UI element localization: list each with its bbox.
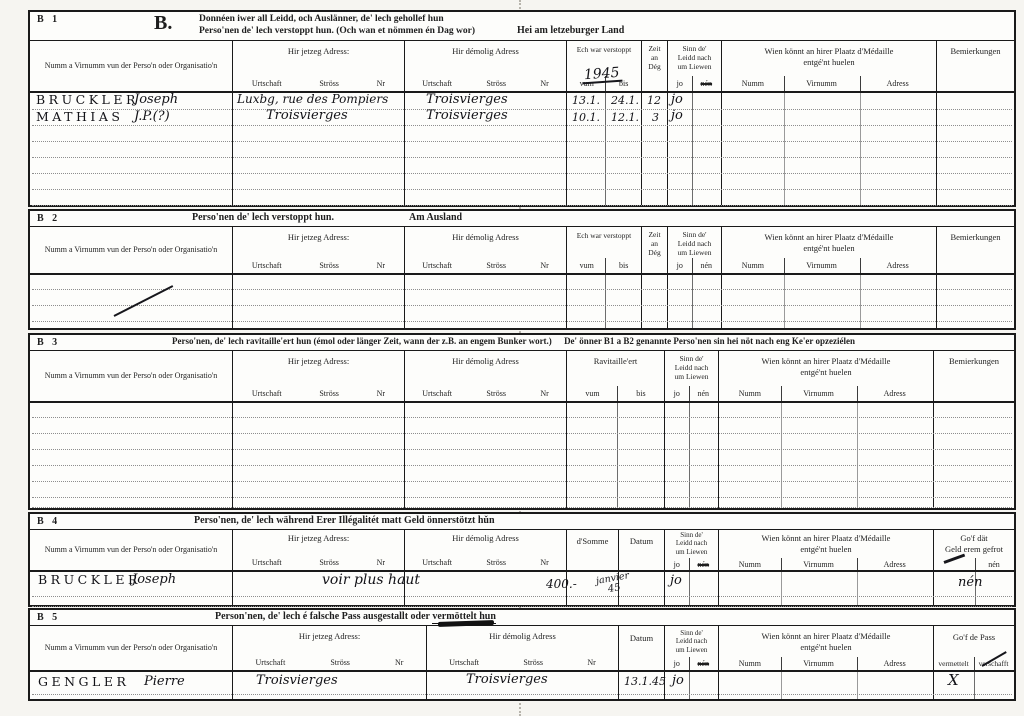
entry-former-address: Troisvierges <box>426 93 508 106</box>
col-alive: Sinn de' Leidd nach um Liewen jo nén <box>668 227 722 273</box>
col-date: Datum <box>619 530 665 570</box>
divider-line <box>784 76 785 91</box>
rule-line <box>32 507 1012 508</box>
rule-line <box>32 481 1012 482</box>
money-returned-label-2: Geld erem gefrot <box>934 544 1014 555</box>
grid-cell <box>665 403 719 508</box>
col-money-returned: Go'f dät Geld erem gefrot nén <box>934 530 1014 570</box>
nr-label: Nr <box>395 658 403 667</box>
jo-label: jo <box>665 560 689 569</box>
stross-label: Ströss <box>319 558 339 567</box>
jo-label: jo <box>665 389 689 398</box>
medal-label-2: entgé'nt huelen <box>719 642 933 653</box>
col-supplied-period: Ravitaille'ert vum bis <box>567 351 665 401</box>
col-current-address: Hir jetzeg Adress: Urtschaft Ströss Nr <box>233 626 427 670</box>
b3-title-row: B 3 Perso'nen, de' lech ravitaille'ert h… <box>30 335 1014 351</box>
section-id: B 5 <box>37 612 60 623</box>
b1-location-label: Hei am letzeburger Land <box>517 25 624 36</box>
b4-title: Perso'nen, de' lech während Erer Illégal… <box>194 515 495 526</box>
col-remarks: Bemierkungen <box>934 351 1014 401</box>
b1-body: BRUCKLER Joseph Luxbg, rue des Pompiers … <box>30 93 1014 205</box>
divider-line <box>781 572 782 605</box>
col-name: Numm a Virnumm vun der Perso'n oder Orga… <box>30 530 233 570</box>
medal-label-2: entgé'nt huelen <box>722 57 936 68</box>
rule-line <box>32 205 1012 206</box>
section-b5: B 5 Person'nen, de' lech é falsche Pass … <box>28 608 1016 701</box>
col-former-address: Hir démolig Adress Urtschaft Ströss Nr <box>405 227 567 273</box>
alive-label-2: Leidd nach <box>665 637 718 645</box>
divider-line <box>860 258 861 273</box>
urtschaft-label: Urtschaft <box>422 389 452 398</box>
b4-title-row: B 4 Perso'nen, de' lech während Erer Ill… <box>30 514 1014 530</box>
rule-line <box>32 141 1012 142</box>
b1-title-row: B 1 B. Donnéen iwer all Leidd, och Auslä… <box>30 12 1014 41</box>
divider-line <box>857 657 858 670</box>
rule-line <box>32 417 1012 418</box>
former-address-label: Hir démolig Adress <box>405 533 566 544</box>
virnumm-label: Virnumm <box>781 659 857 668</box>
divider-line <box>617 386 618 401</box>
col-name: Numm a Virnumm vun der Perso'n oder Orga… <box>30 41 233 91</box>
alive-label-3: um Liewen <box>665 548 718 556</box>
amount-label: d'Somme <box>567 536 618 547</box>
entry-date: 13.1.45 <box>624 676 666 687</box>
col-current-address: Hir jetzeg Adress: Urtschaft Ströss Nr <box>233 227 405 273</box>
b2-title: Perso'nen de' lech verstoppt hun. <box>192 212 334 223</box>
section-b2: B 2 Perso'nen de' lech verstoppt hun. Am… <box>28 209 1016 330</box>
divider-line <box>857 572 858 605</box>
rule-line <box>32 173 1012 174</box>
divider-line <box>860 76 861 91</box>
alive-label-3: um Liewen <box>665 372 718 381</box>
grid-cell <box>405 403 567 508</box>
col-alive: Sinn de' Leidd nach um Liewen jo nén <box>665 626 719 670</box>
divider-line <box>689 657 690 670</box>
col-amount: d'Somme <box>567 530 619 570</box>
deg-label: Dég <box>642 62 667 71</box>
former-address-label: Hir démolig Adress <box>427 631 618 642</box>
medal-label-1: Wien könnt an hirer Plaatz d'Médaille <box>719 533 933 544</box>
b1-title-line1: Donnéen iwer all Leidd, och Auslänner, d… <box>199 14 444 24</box>
entry-alive: jo <box>671 93 683 106</box>
rule-line <box>32 305 1012 306</box>
entry-former-address: Troisvierges <box>426 109 508 122</box>
virnumm-label: Virnumm <box>781 389 857 398</box>
entry-surname: BRUCKLER <box>38 574 141 587</box>
adress-label: Adress <box>859 261 936 270</box>
col-remarks: Bemierkungen <box>937 227 1014 273</box>
vum-label: vum <box>585 389 599 398</box>
entry-current-address: Troisvierges <box>266 109 348 122</box>
entry-given-name: Pierre <box>144 675 185 688</box>
rule-line <box>32 596 1012 597</box>
b2-title-row: B 2 Perso'nen de' lech verstoppt hun. Am… <box>30 211 1014 227</box>
col-name: Numm a Virnumm vun der Perso'n oder Orga… <box>30 351 233 401</box>
col-alive: Sinn de' Leidd nach um Liewen jo nén <box>665 351 719 401</box>
grid-cell <box>405 572 567 605</box>
jo-slash-cell <box>934 560 974 569</box>
entry-alive: jo <box>670 574 682 587</box>
alive-label-1: Sinn de' <box>665 354 718 363</box>
nr-label: Nr <box>377 79 385 88</box>
stross-label: Ströss <box>486 558 506 567</box>
an-label: an <box>642 239 667 248</box>
rule-line <box>32 497 1012 498</box>
col-former-address: Hir démolig Adress Urtschaft Ströss Nr <box>405 530 567 570</box>
col-name-label: Numm a Virnumm vun der Perso'n oder Orga… <box>30 530 232 570</box>
alive-label-1: Sinn de' <box>668 230 721 239</box>
col-former-address: Hir démolig Adress Urtschaft Ströss Nr <box>405 41 567 91</box>
virnumm-label: Virnumm <box>781 560 857 569</box>
grid-cell <box>719 403 934 508</box>
divider-line <box>784 258 785 273</box>
entry-surname: MATHIAS <box>36 111 123 124</box>
divider-line <box>689 572 690 605</box>
b1-column-headers: Numm a Virnumm vun der Perso'n oder Orga… <box>30 41 1014 93</box>
col-medal-recipient: Wien könnt an hirer Plaatz d'Médaille en… <box>719 626 934 670</box>
former-address-label: Hir démolig Adress <box>405 356 566 367</box>
b3-title-note: De' önner B1 a B2 genannte Perso'nen sin… <box>564 336 855 346</box>
divider-line <box>781 403 782 508</box>
handwritten-year: 1945 <box>581 66 622 85</box>
current-address-label: Hir jetzeg Adress: <box>233 46 404 57</box>
entry-given-name: Joseph <box>134 93 178 106</box>
col-name: Numm a Virnumm vun der Perso'n oder Orga… <box>30 227 233 273</box>
section-id: B 2 <box>37 213 60 224</box>
stross-label: Ströss <box>523 658 543 667</box>
urtschaft-label: Urtschaft <box>422 79 452 88</box>
col-days: Zeit an Dég <box>642 41 668 91</box>
b5-title-row: B 5 Person'nen, de' lech é falsche Pass … <box>30 610 1014 626</box>
b1-title-line2: Perso'nen de' lech verstoppt hun. (Och w… <box>199 26 475 36</box>
nen-label-struck: nén <box>689 560 718 569</box>
adress-label: Adress <box>856 659 933 668</box>
section-id: B 1 <box>37 14 60 25</box>
entry-given-name: Joseph <box>132 573 176 586</box>
money-returned-label-1: Go'f dät <box>934 533 1014 544</box>
stross-label: Ströss <box>319 79 339 88</box>
adress-label: Adress <box>856 389 933 398</box>
stross-label: Ströss <box>486 389 506 398</box>
urtschaft-label: Urtschaft <box>252 558 282 567</box>
b3-body <box>30 403 1014 508</box>
nr-label: Nr <box>587 658 595 667</box>
entry-current-address: Luxbg, rue des Pompiers <box>237 93 388 105</box>
numm-label: Numm <box>722 261 784 270</box>
rule-line <box>32 433 1012 434</box>
alive-label-3: um Liewen <box>665 646 718 654</box>
virnumm-label: Virnumm <box>784 261 860 270</box>
col-pass-provided: Go'f de Pass vermettelt verschafft <box>934 626 1014 670</box>
remarks-label: Bemierkungen <box>937 46 1014 57</box>
jo-label: jo <box>668 79 692 88</box>
entry-alive: jo <box>671 109 683 122</box>
date-label: Datum <box>619 633 664 644</box>
nen-label-struck: nén <box>692 79 721 88</box>
current-address-label: Hir jetzeg Adress: <box>233 356 404 367</box>
bis-label: bis <box>636 389 645 398</box>
entry-money-returned: nén <box>958 576 982 589</box>
alive-label-2: Leidd nach <box>665 363 718 372</box>
medal-label-2: entgé'nt huelen <box>722 243 936 254</box>
hidden-period-label: Ech war verstoppt <box>567 45 641 54</box>
divider-line <box>975 558 976 570</box>
entry-current-address: Troisvierges <box>256 674 338 687</box>
zeit-label: Zeit <box>642 44 667 53</box>
col-name-label: Numm a Virnumm vun der Perso'n oder Orga… <box>30 626 232 670</box>
col-current-address: Hir jetzeg Adress: Urtschaft Ströss Nr <box>233 530 405 570</box>
divider-line <box>781 558 782 570</box>
b2-location-label: Am Ausland <box>409 212 462 223</box>
col-name-label: Numm a Virnumm vun der Perso'n oder Orga… <box>30 41 232 91</box>
col-name-label: Numm a Virnumm vun der Perso'n oder Orga… <box>30 351 232 401</box>
hidden-period-label: Ech war verstoppt <box>567 231 641 240</box>
column-grid <box>30 403 1014 508</box>
col-medal-recipient: Wien könnt an hirer Plaatz d'Médaille en… <box>722 41 937 91</box>
grid-cell <box>30 403 233 508</box>
nen-label: nén <box>689 389 718 398</box>
entry-from-date: 13.1. <box>572 95 600 106</box>
bis-label: bis <box>619 261 628 270</box>
stross-label: Ströss <box>319 389 339 398</box>
numm-label: Numm <box>719 560 781 569</box>
divider-line <box>781 386 782 401</box>
medal-label-1: Wien könnt an hirer Plaatz d'Médaille <box>719 631 933 642</box>
rule-line <box>32 465 1012 466</box>
supplied-label: Ravitaille'ert <box>567 356 664 367</box>
vum-label: vum <box>580 261 594 270</box>
nr-label: Nr <box>377 261 385 270</box>
jo-label: jo <box>665 659 689 668</box>
divider-line <box>692 76 693 91</box>
grid-cell <box>719 572 934 605</box>
urtschaft-label: Urtschaft <box>256 658 286 667</box>
rule-line <box>32 289 1012 290</box>
rule-line <box>32 109 1012 110</box>
divider-line <box>857 558 858 570</box>
remarks-label: Bemierkungen <box>934 356 1014 367</box>
medal-label-1: Wien könnt an hirer Plaatz d'Médaille <box>719 356 933 367</box>
rule-line <box>32 189 1012 190</box>
scanned-form-page: B 1 B. Donnéen iwer all Leidd, och Auslä… <box>0 0 1024 716</box>
col-alive: Sinn de' Leidd nach um Liewen jo nén <box>668 41 722 91</box>
alive-label-2: Leidd nach <box>668 53 721 62</box>
adress-label: Adress <box>856 560 933 569</box>
col-days: Zeit an Dég <box>642 227 668 273</box>
urtschaft-label: Urtschaft <box>449 658 479 667</box>
grid-cell <box>567 403 665 508</box>
b2-body <box>30 275 1014 328</box>
numm-label: Numm <box>719 389 781 398</box>
b5-column-headers: Numm a Virnumm vun der Perso'n oder Orga… <box>30 626 1014 672</box>
current-address-label: Hir jetzeg Adress: <box>233 232 404 243</box>
rule-line <box>32 606 1012 607</box>
col-name-label: Numm a Virnumm vun der Perso'n oder Orga… <box>30 227 232 273</box>
entry-given-name: J.P.(?) <box>134 110 170 123</box>
rule-line <box>32 694 1012 695</box>
big-b-label: B. <box>154 12 172 35</box>
entry-days: 12 <box>647 95 661 106</box>
medal-label-2: entgé'nt huelen <box>719 544 933 555</box>
urtschaft-label: Urtschaft <box>252 389 282 398</box>
alive-label-1: Sinn de' <box>668 44 721 53</box>
entry-to-date: 24.1. <box>611 95 639 106</box>
divider-line <box>689 558 690 570</box>
col-hidden-period: Ech war verstoppt vum bis <box>567 227 642 273</box>
nr-label: Nr <box>377 389 385 398</box>
col-former-address: Hir démolig Adress Urtschaft Ströss Nr <box>427 626 619 670</box>
entry-from-date: 10.1. <box>572 112 600 123</box>
zeit-label: Zeit <box>642 230 667 239</box>
grid-cell <box>934 403 1014 508</box>
alive-label-1: Sinn de' <box>665 531 718 539</box>
stross-label: Ströss <box>330 658 350 667</box>
nr-label: Nr <box>540 389 548 398</box>
alive-label-3: um Liewen <box>668 62 721 71</box>
col-remarks: Bemierkungen <box>937 41 1014 91</box>
jo-label: jo <box>668 261 692 270</box>
an-label: an <box>642 53 667 62</box>
numm-label: Numm <box>722 79 784 88</box>
date-label: Datum <box>619 536 664 547</box>
divider-line <box>605 258 606 273</box>
col-former-address: Hir démolig Adress Urtschaft Ströss Nr <box>405 351 567 401</box>
pass-provided-label: Go'f de Pass <box>934 632 1014 643</box>
remarks-label: Bemierkungen <box>937 232 1014 243</box>
section-id: B 3 <box>37 337 60 348</box>
divider-line <box>781 657 782 670</box>
former-address-label: Hir démolig Adress <box>405 232 566 243</box>
vermettelt-label: vermettelt <box>934 659 973 668</box>
stross-label: Ströss <box>486 261 506 270</box>
numm-label: Numm <box>719 659 781 668</box>
col-medal-recipient: Wien könnt an hirer Plaatz d'Médaille en… <box>722 227 937 273</box>
stross-label: Ströss <box>486 79 506 88</box>
adress-label: Adress <box>859 79 936 88</box>
urtschaft-label: Urtschaft <box>422 261 452 270</box>
current-address-label: Hir jetzeg Adress: <box>233 631 426 642</box>
divider-line <box>692 258 693 273</box>
medal-label-1: Wien könnt an hirer Plaatz d'Médaille <box>722 46 936 57</box>
current-address-label: Hir jetzeg Adress: <box>233 533 404 544</box>
b5-body: GENGLER Pierre Troisvierges Troisvierges… <box>30 672 1014 699</box>
entry-days: 3 <box>652 112 659 123</box>
entry-alive: jo <box>672 674 684 687</box>
nen-label: nén <box>692 261 721 270</box>
entry-surname: BRUCKLER <box>36 94 139 107</box>
divider-line <box>617 403 618 508</box>
entry-surname: GENGLER <box>38 676 129 689</box>
b4-column-headers: Numm a Virnumm vun der Perso'n oder Orga… <box>30 530 1014 572</box>
urtschaft-label: Urtschaft <box>422 558 452 567</box>
rule-line <box>32 125 1012 126</box>
divider-line <box>974 657 975 670</box>
stross-label: Ströss <box>319 261 339 270</box>
entry-pass-mark: X <box>948 673 959 688</box>
urtschaft-label: Urtschaft <box>252 261 282 270</box>
b4-body: BRUCKLER Joseph voir plus haut 400.- jan… <box>30 572 1014 605</box>
virnumm-label: Virnumm <box>784 79 860 88</box>
medal-label-2: entgé'nt huelen <box>719 367 933 378</box>
nr-label: Nr <box>540 261 548 270</box>
rule-line <box>32 449 1012 450</box>
entry-former-address: Troisvierges <box>466 673 548 686</box>
nr-label: Nr <box>377 558 385 567</box>
alive-label-2: Leidd nach <box>665 539 718 547</box>
urtschaft-label: Urtschaft <box>252 79 282 88</box>
divider-line <box>857 386 858 401</box>
section-b3: B 3 Perso'nen, de' lech ravitaille'ert h… <box>28 333 1016 510</box>
col-name: Numm a Virnumm vun der Perso'n oder Orga… <box>30 626 233 670</box>
col-current-address: Hir jetzeg Adress: Urtschaft Ströss Nr <box>233 351 405 401</box>
b2-column-headers: Numm a Virnumm vun der Perso'n oder Orga… <box>30 227 1014 275</box>
alive-label-2: Leidd nach <box>668 239 721 248</box>
entry-see-above-note: voir plus haut <box>322 573 420 587</box>
medal-label-1: Wien könnt an hirer Plaatz d'Médaille <box>722 232 936 243</box>
divider-line <box>689 386 690 401</box>
b5-title: Person'nen, de' lech é falsche Pass ausg… <box>215 611 430 622</box>
col-medal-recipient: Wien könnt an hirer Plaatz d'Médaille en… <box>719 530 934 570</box>
nr-label: Nr <box>540 79 548 88</box>
alive-label-3: um Liewen <box>668 248 721 257</box>
col-medal-recipient: Wien könnt an hirer Plaatz d'Médaille en… <box>719 351 934 401</box>
col-alive: Sinn de' Leidd nach um Liewen jo nén <box>665 530 719 570</box>
entry-to-date: 12.1. <box>611 112 639 123</box>
rule-line <box>32 321 1012 322</box>
column-grid <box>30 572 1014 605</box>
nr-label: Nr <box>540 558 548 567</box>
b3-column-headers: Numm a Virnumm vun der Perso'n oder Orga… <box>30 351 1014 403</box>
nen-label: nén <box>974 560 1014 569</box>
col-current-address: Hir jetzeg Adress: Urtschaft Ströss Nr <box>233 41 405 91</box>
section-b4: B 4 Perso'nen, de' lech während Erer Ill… <box>28 512 1016 607</box>
section-b1: B 1 B. Donnéen iwer all Leidd, och Auslä… <box>28 10 1016 207</box>
entry-amount: 400.- <box>546 578 577 590</box>
deg-label: Dég <box>642 248 667 257</box>
rule-line <box>32 157 1012 158</box>
grid-cell <box>233 403 405 508</box>
alive-label-1: Sinn de' <box>665 629 718 637</box>
col-date: Datum <box>619 626 665 670</box>
nen-label-struck: nén <box>689 659 718 668</box>
former-address-label: Hir démolig Adress <box>405 46 566 57</box>
divider-line <box>689 403 690 508</box>
divider-line <box>857 403 858 508</box>
b3-title: Perso'nen, de' lech ravitaille'ert hun (… <box>172 336 552 346</box>
section-id: B 4 <box>37 516 60 527</box>
